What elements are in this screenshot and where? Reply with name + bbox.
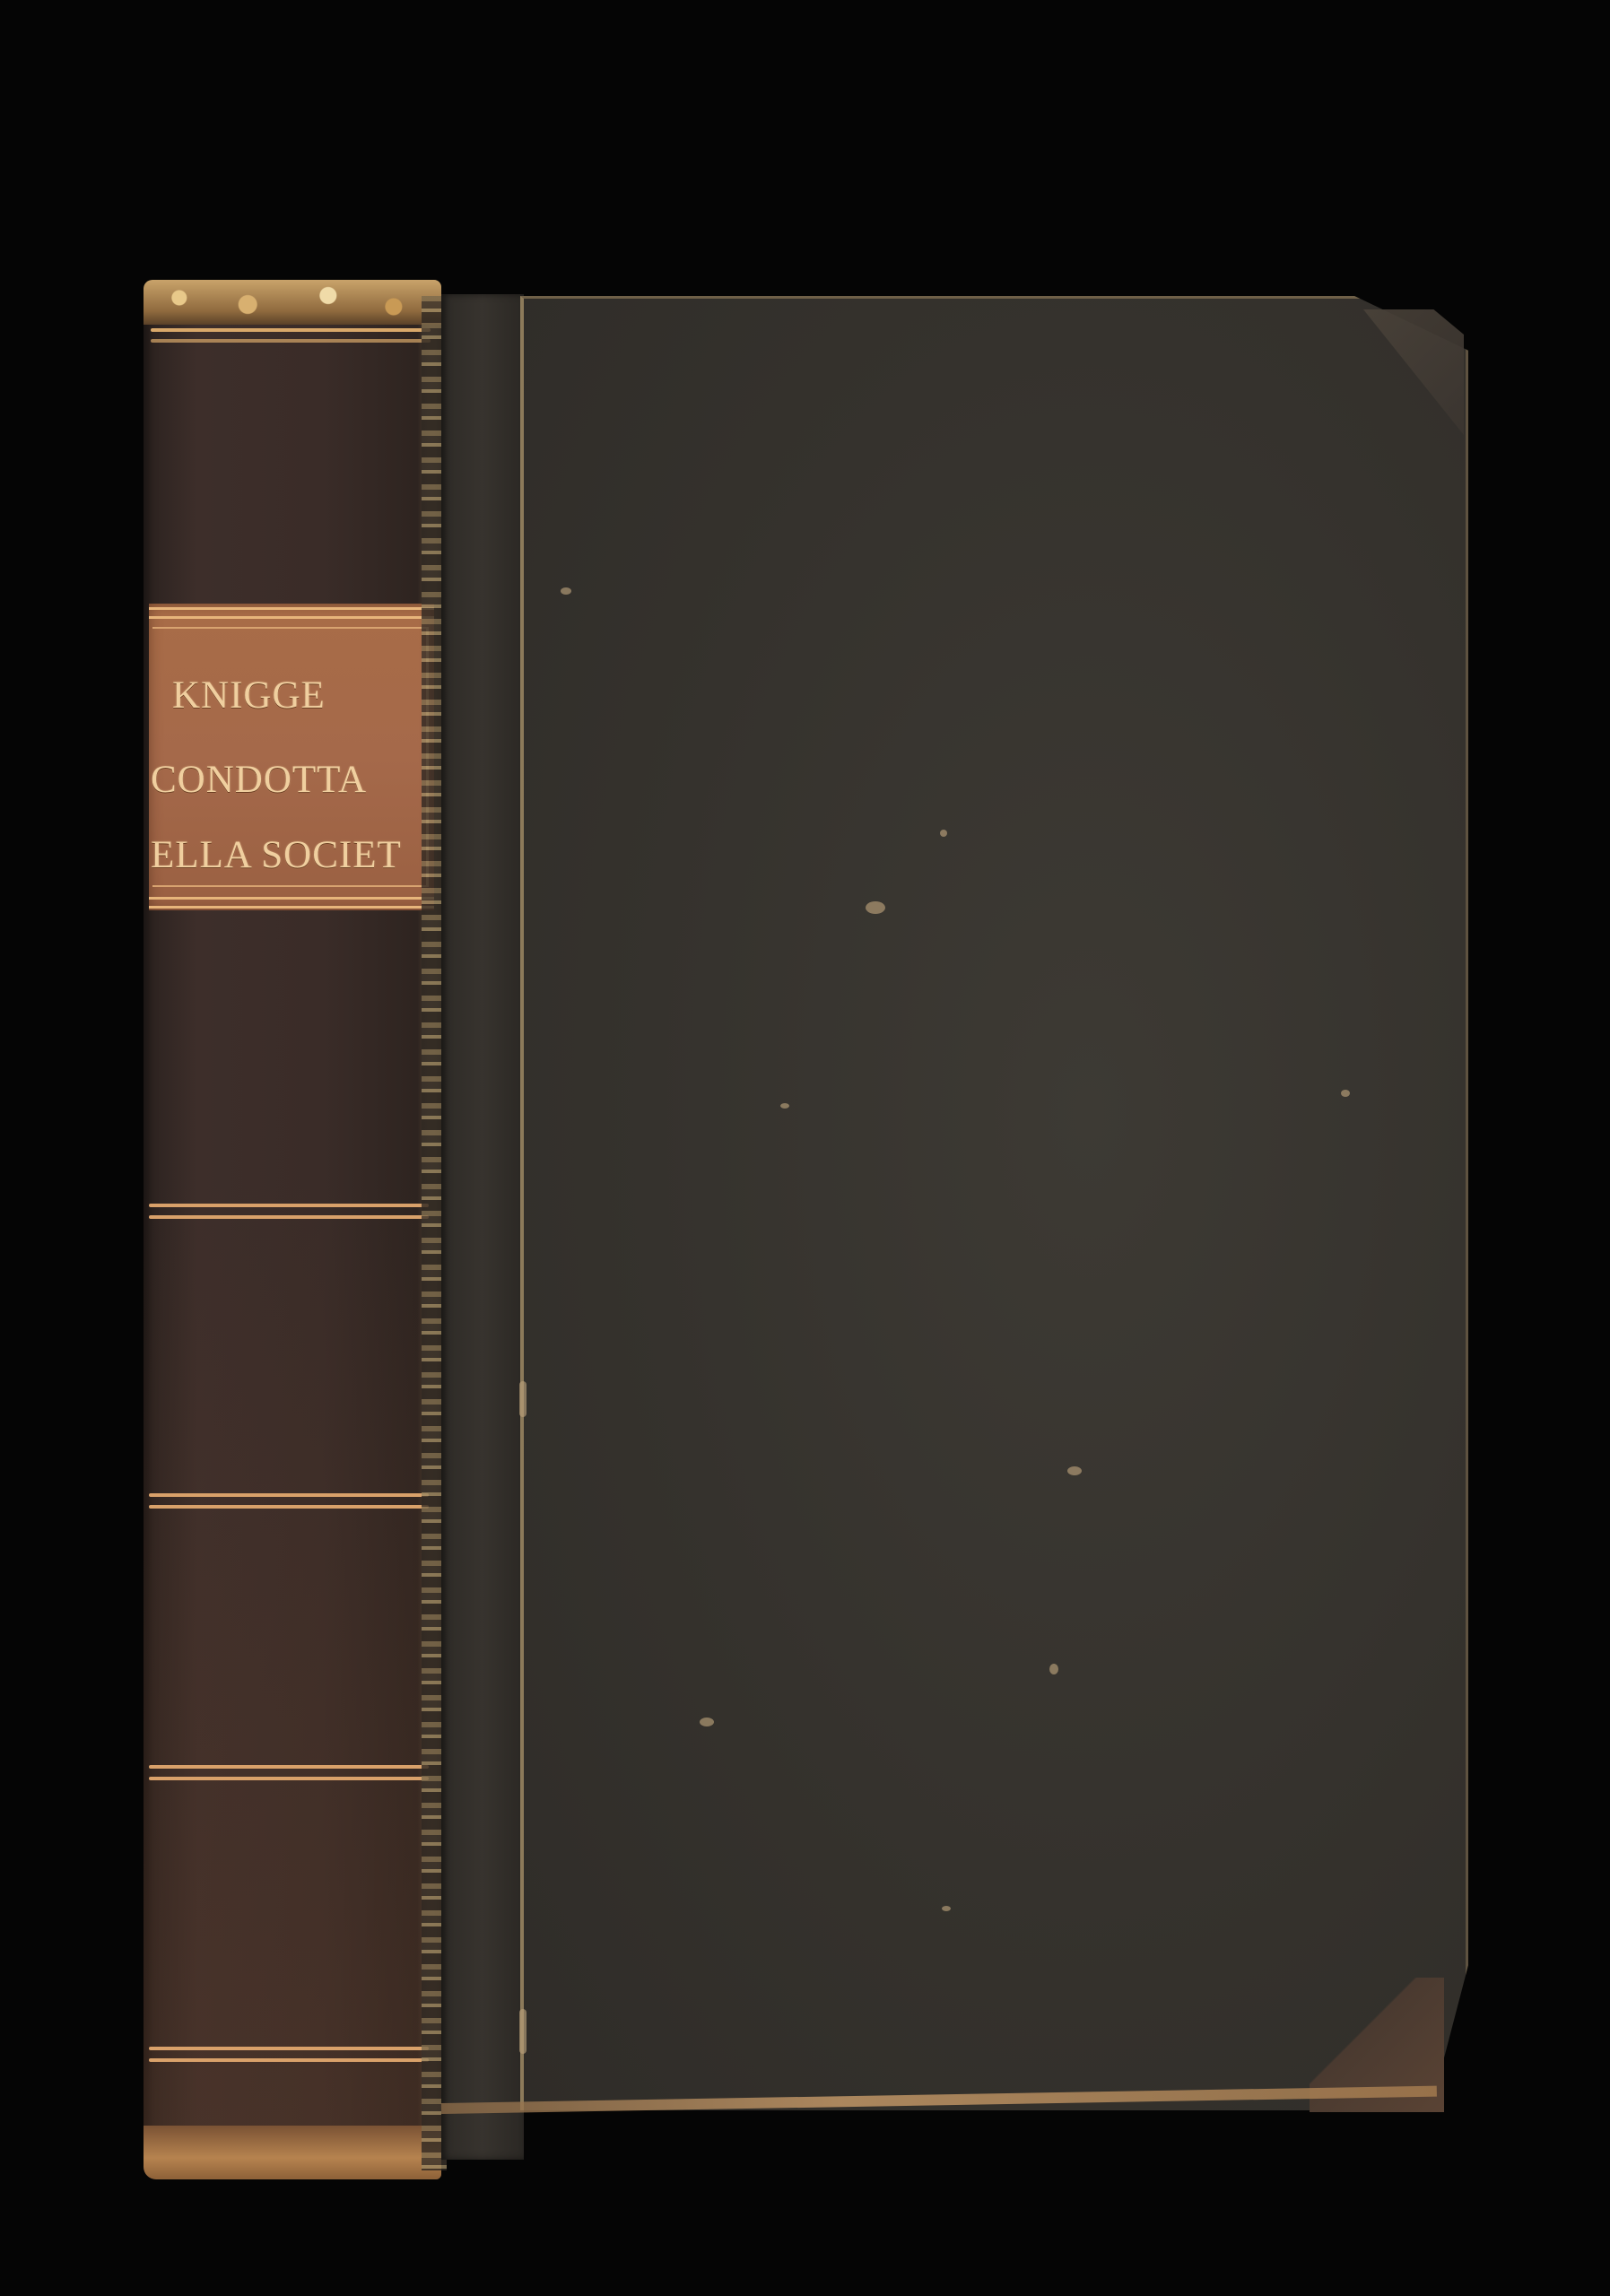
spine-gilt-band [149, 1763, 429, 1783]
spine-author: KNIGGE [149, 674, 457, 717]
wear-spot [940, 830, 947, 837]
label-gilt-rule [149, 607, 434, 610]
spine-gilt-band [149, 2045, 429, 2065]
wear-spot [780, 1103, 789, 1109]
front-cover [520, 296, 1468, 2110]
wear-spot [700, 1718, 714, 1726]
cover-leather-strip [441, 294, 524, 2160]
wear-spot [866, 901, 885, 914]
headcap-gilt-rule [151, 328, 431, 332]
wear-spot [942, 1906, 951, 1911]
spine-lower-tone [144, 1182, 441, 2179]
headcap-gilt-rule [151, 339, 431, 343]
wear-spot [1341, 1090, 1350, 1097]
wear-spot [519, 1381, 527, 1417]
spine-title-line-1: CONDOTTA [149, 758, 436, 802]
label-gilt-rule [149, 906, 434, 909]
book-photo: KNIGGE CONDOTTA ELLA SOCIET [0, 0, 1610, 2296]
label-gilt-rule [149, 616, 434, 619]
spine-headcap [144, 280, 441, 325]
wear-spot [561, 587, 571, 595]
spine-title-line-2: ELLA SOCIET [149, 833, 436, 877]
spine-title-label: KNIGGE CONDOTTA ELLA SOCIET [149, 604, 434, 910]
spine-gilt-band [149, 1202, 429, 1222]
spine-gilt-band [149, 1492, 429, 1511]
wear-spot [519, 2009, 527, 2054]
spine-tailcap [144, 2126, 441, 2179]
label-gilt-rule [149, 897, 434, 900]
wear-spot [1067, 1466, 1082, 1475]
wear-spot [1049, 1664, 1058, 1674]
book-spine: KNIGGE CONDOTTA ELLA SOCIET [144, 285, 441, 2179]
